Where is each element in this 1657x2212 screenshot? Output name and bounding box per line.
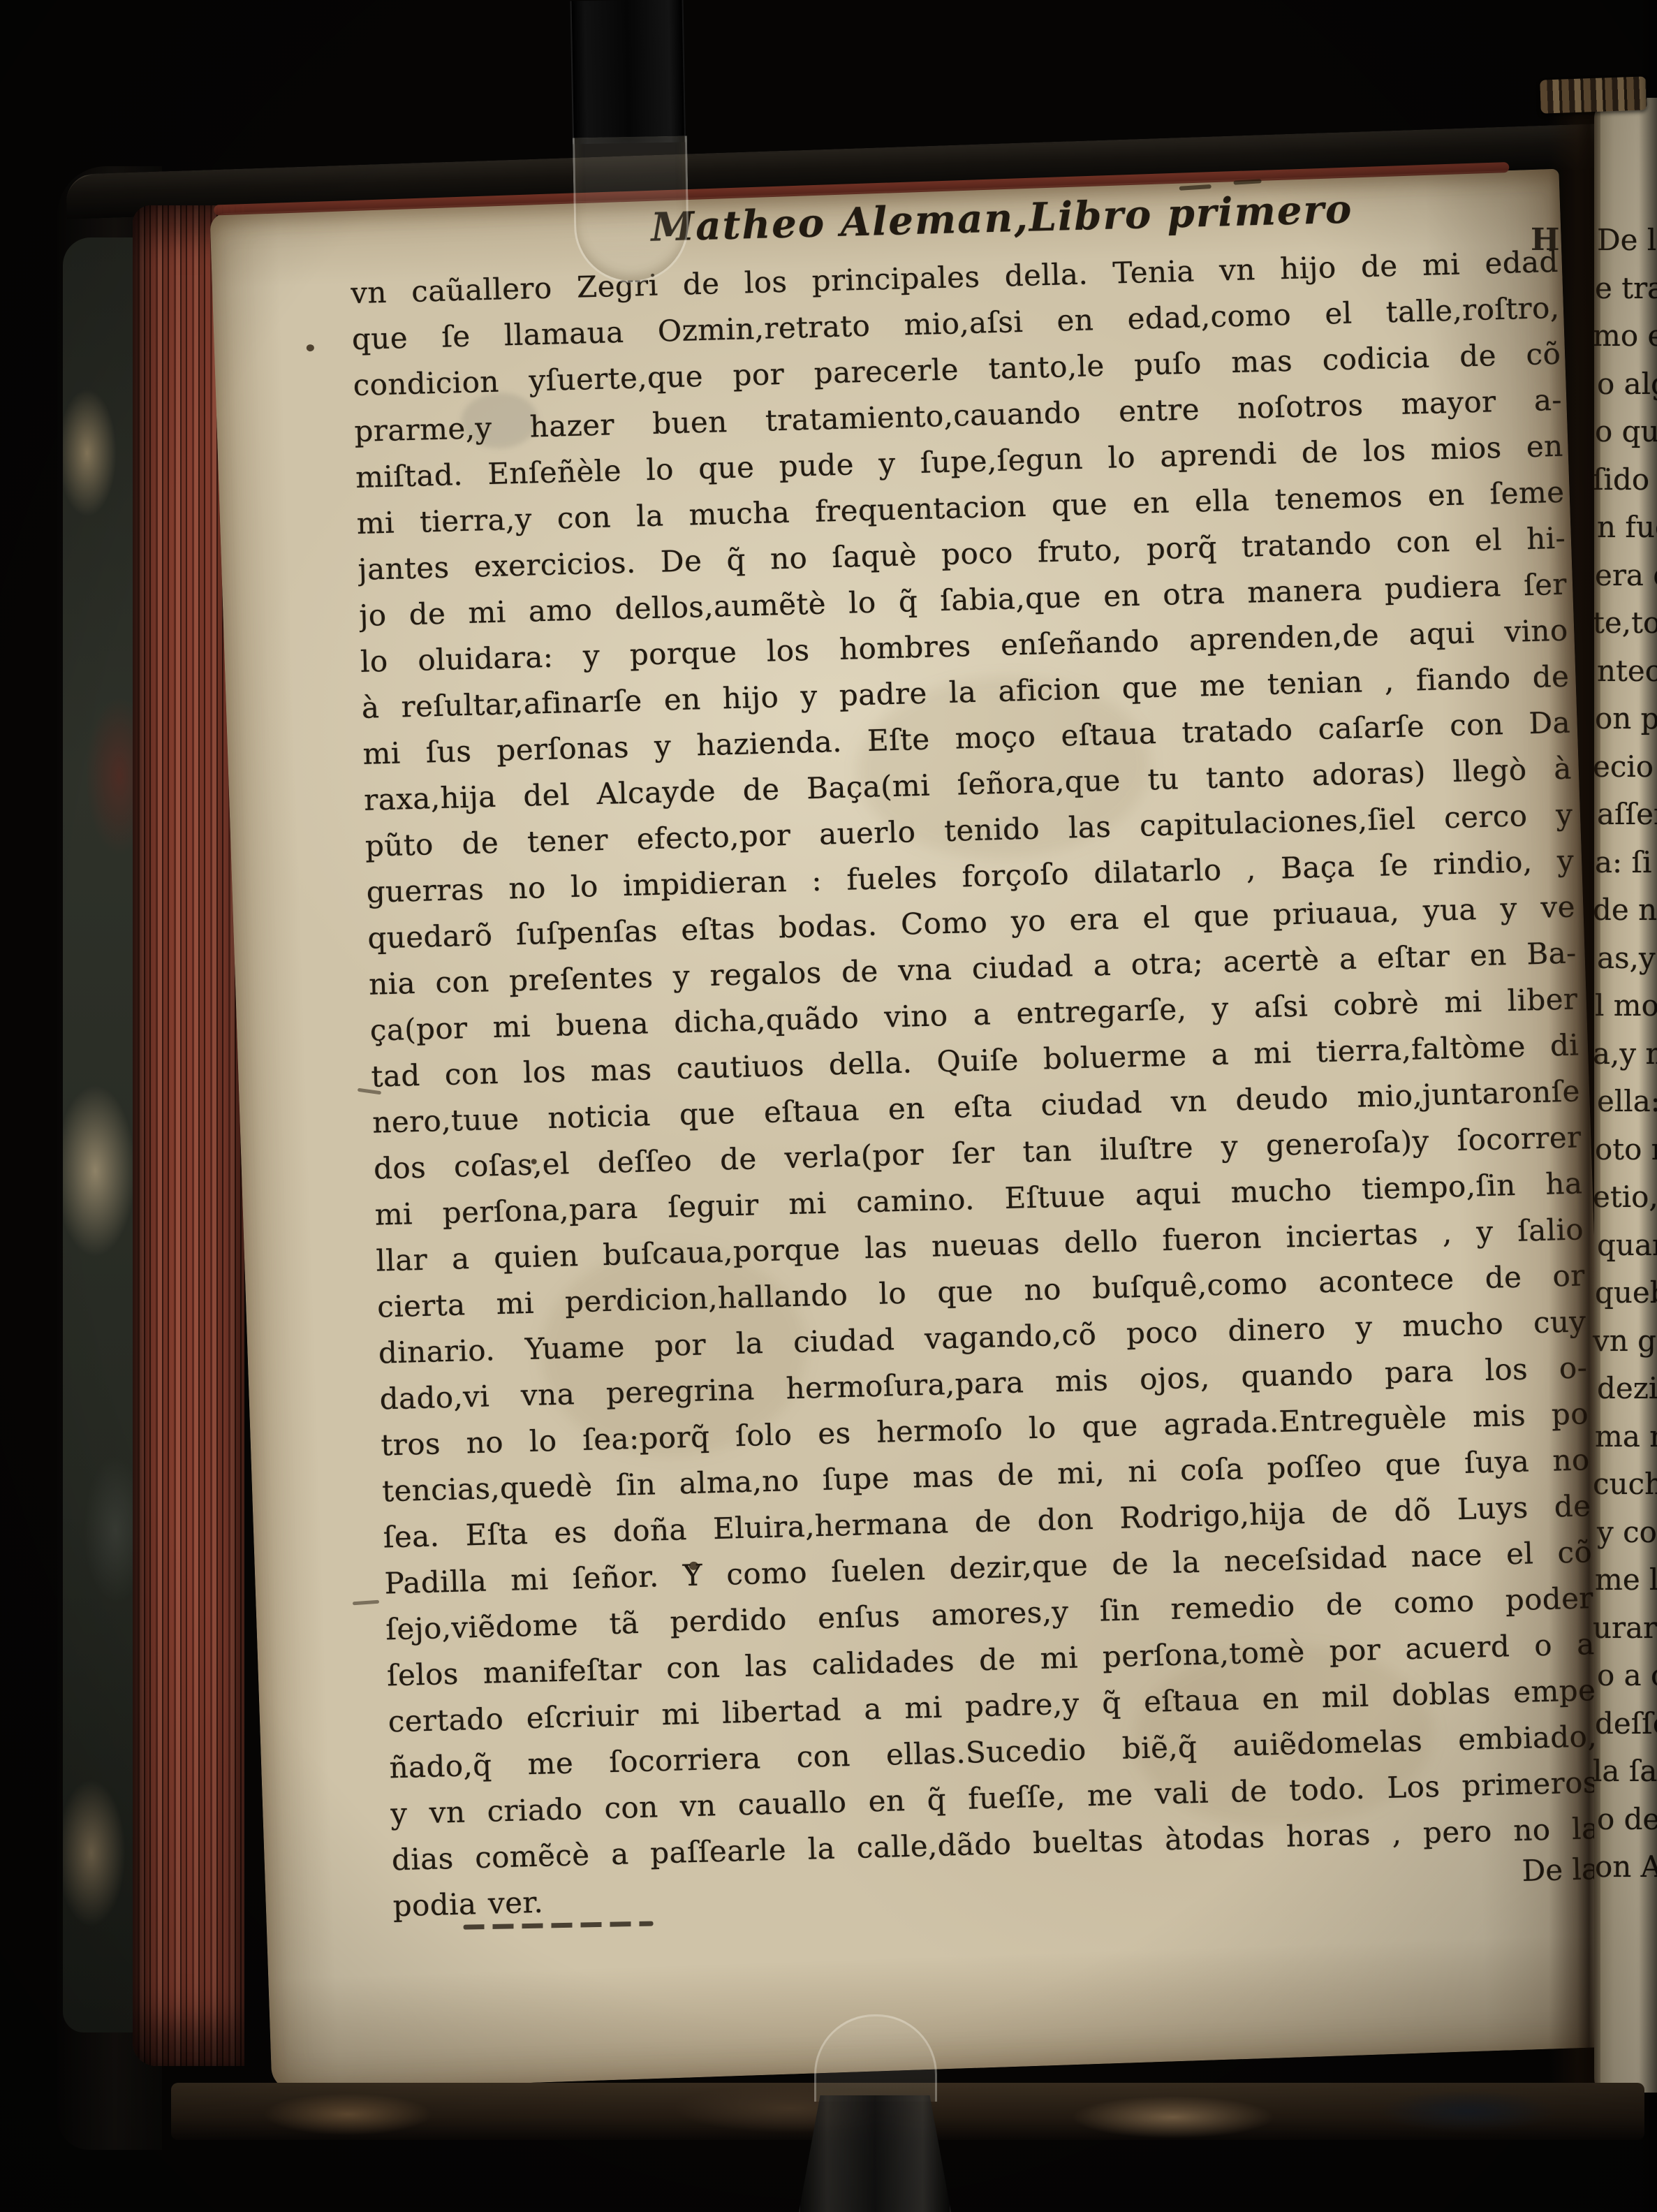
book-clamp-strap-bottom (814, 2014, 933, 2212)
strap-clear-tip (573, 136, 690, 284)
ink-dash (1233, 179, 1261, 184)
page-text: vn caũallero Zegri de los principales de… (350, 239, 1601, 1929)
book-page-left: Matheo Aleman,Libro primero vn caũallero… (209, 169, 1621, 2092)
photo-right-shadow (1639, 0, 1657, 2212)
strap-dark-base (799, 2095, 951, 2212)
headband (1540, 76, 1647, 113)
printed-text-block: Matheo Aleman,Libro primero vn caũallero… (348, 179, 1602, 1970)
ink-speck (307, 344, 314, 351)
gutter-shadow (1549, 103, 1600, 2094)
strap-black-tab (570, 0, 686, 144)
book-clamp-strap-top (570, 0, 686, 281)
book-photo: Matheo Aleman,Libro primero vn caũallero… (0, 0, 1657, 2212)
left-page-group: Matheo Aleman,Libro primero vn caũallero… (209, 169, 1621, 2092)
strap-clear-tip (814, 2014, 937, 2102)
marbled-endpaper (63, 237, 144, 2032)
